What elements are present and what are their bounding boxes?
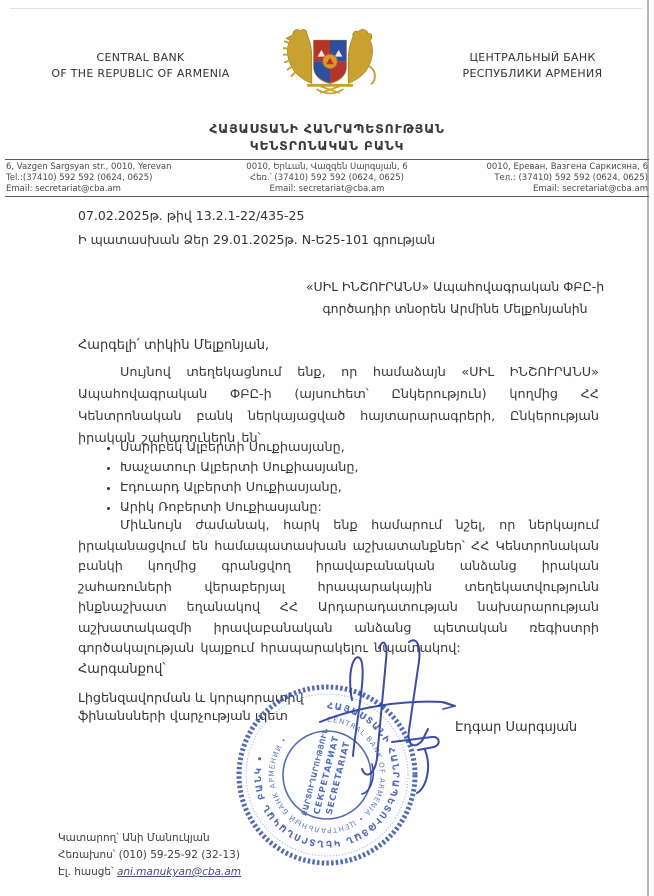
reply-reference-line: Ի պատասխան Ձեր 29.01.2025թ. N-Ե25-101 գր…: [78, 228, 435, 252]
body-paragraph-1: Սույնով տեղեկացնում ենք, որ համաձայն «ՍԻ…: [78, 362, 599, 450]
contact-address-en: 6, Vazgen Sargsyan str., 0010, Yerevan: [6, 162, 218, 173]
contact-info-row: 6, Vazgen Sargsyan str., 0010, Yerevan T…: [6, 162, 648, 195]
bank-title-russian-line1: ЦЕНТРАЛЬНЫЙ БАНК: [420, 50, 645, 66]
performer-email-link[interactable]: ani.manukyan@cba.am: [117, 866, 241, 878]
handwritten-signature: [312, 636, 507, 816]
reference-block: 07.02.2025թ. թիվ 13.2.1-22/435-25 Ի պատա…: [78, 204, 435, 252]
list-item: Էդուարդ Ալբերտի Սուքիասյանը,: [120, 478, 520, 498]
contact-column-russian: 0010, Ереван, Вазгена Саркисяна, 6 Тел.:…: [436, 162, 648, 195]
contact-address-am: 0010, Երևան, Վազգեն Սարգսյան, 6: [221, 162, 433, 173]
contact-phone-ru: Тел.: (37410) 592 592 (0624, 0625): [436, 173, 648, 184]
letter-date-number: 07.02.2025թ. թիվ 13.2.1-22/435-25: [78, 204, 435, 228]
contact-column-armenian: 0010, Երևան, Վազգեն Սարգսյան, 6 Հեռ.՝ (3…: [221, 162, 433, 195]
contact-phone-en: Tel.:(37410) 592 592 (0624, 0625): [6, 173, 218, 184]
contact-email-en: Email: secretariat@cba.am: [6, 184, 218, 195]
bank-title-armenian-line1: ՀԱՅԱՍՏԱՆԻ ՀԱՆՐԱՊԵՏՈՒԹՅԱՆ: [0, 120, 654, 137]
coat-of-arms-icon: [282, 26, 378, 114]
performer-block: Կատարող՝ Անի Մանուկյան Հեռախոս՝ (010) 59…: [58, 830, 241, 881]
bank-title-english: CENTRAL BANK OF THE REPUBLIC OF ARMENIA: [38, 50, 243, 82]
letterhead-divider-bottom: [5, 196, 649, 197]
scan-artifact-top-line: [10, 8, 642, 9]
contact-email-am: Email: secretariat@cba.am: [221, 184, 433, 195]
list-item: Խաչատուր Ալբերտի Սուքիասյանը,: [120, 458, 520, 478]
performer-name: Կատարող՝ Անի Մանուկյան: [58, 830, 241, 847]
contact-email-ru: Email: secretariat@cba.am: [436, 184, 648, 195]
addressee-company-line: «ՍԻԼ ԻՆՇՈՒՐԱՆՍ» Ապահովագրական ՓԲԸ-ի: [295, 276, 615, 298]
list-item: Արիկ Ռոբերտի Սուքիասյանը:: [120, 498, 520, 518]
closing-respectfully: Հարգանքով՝: [78, 662, 166, 677]
list-item: Սարիբեկ Ալբերտի Սուքիասյանը,: [120, 438, 520, 458]
bank-title-armenian-line2: ԿԵՆՏՐՈՆԱԿԱՆ ԲԱՆԿ: [0, 137, 654, 154]
beneficiaries-list: Սարիբեկ Ալբերտի Սուքիասյանը, Խաչատուր Ալ…: [100, 438, 520, 518]
bank-title-russian-line2: РЕСПУБЛИКИ АРМЕНИЯ: [420, 66, 645, 82]
performer-email-line: Էլ. հասցե՝ ani.manukyan@cba.am: [58, 864, 241, 881]
bank-title-english-line2: OF THE REPUBLIC OF ARMENIA: [38, 66, 243, 82]
bank-title-english-line1: CENTRAL BANK: [38, 50, 243, 66]
contact-phone-am: Հեռ.՝ (37410) 592 592 (0624, 0625): [221, 173, 433, 184]
salutation: Հարգելի՛ տիկին Մելքոնյան,: [78, 338, 269, 353]
bank-title-armenian: ՀԱՅԱՍՏԱՆԻ ՀԱՆՐԱՊԵՏՈՒԹՅԱՆ ԿԵՆՏՐՈՆԱԿԱՆ ԲԱՆ…: [0, 120, 654, 154]
contact-column-english: 6, Vazgen Sargsyan str., 0010, Yerevan T…: [6, 162, 218, 195]
addressee-person-line: գործադիր տնօրեն Արմինե Մելքոնյանին: [295, 298, 615, 320]
bank-title-russian: ЦЕНТРАЛЬНЫЙ БАНК РЕСПУБЛИКИ АРМЕНИЯ: [420, 50, 645, 82]
contact-address-ru: 0010, Ереван, Вазгена Саркисяна, 6: [436, 162, 648, 173]
performer-email-label: Էլ. հասցե՝: [58, 866, 117, 878]
addressee-block: «ՍԻԼ ԻՆՇՈՒՐԱՆՍ» Ապահովագրական ՓԲԸ-ի գործ…: [295, 276, 615, 320]
letterhead-divider-top: [5, 159, 649, 160]
performer-phone: Հեռախոս՝ (010) 59-25-92 (32-13): [58, 847, 241, 864]
letter-document: CENTRAL BANK OF THE REPUBLIC OF ARMENIA: [0, 0, 654, 896]
